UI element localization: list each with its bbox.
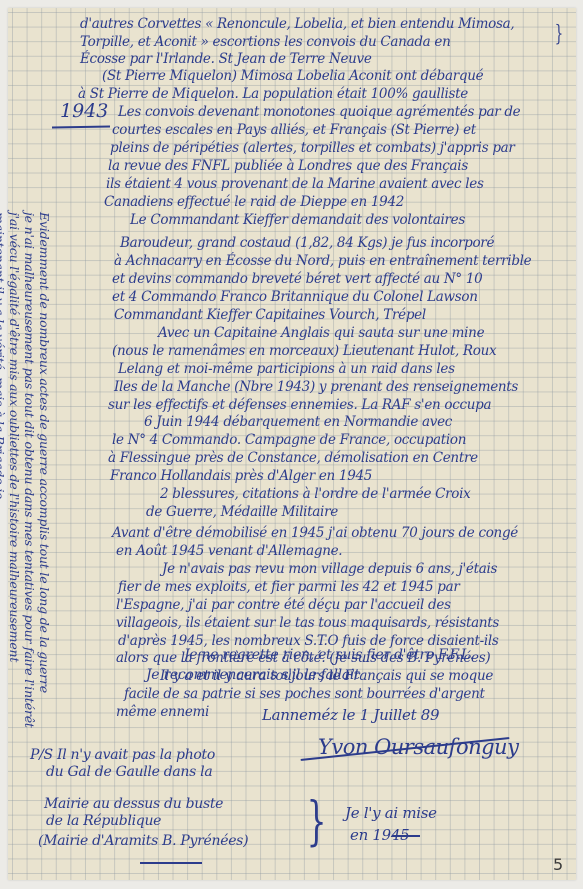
text-line: Lelang et moi-même participions à un rai… (118, 363, 455, 377)
text-line: (nous le ramenâmes en morceaux) Lieutena… (112, 345, 496, 359)
text-line: Le Commandant Kieffer demandait des volo… (130, 214, 465, 228)
text-line: courtes escales en Pays alliés, et Franç… (112, 124, 476, 138)
margin-note-line: maintenant il y a la vérité, mais à la B… (0, 212, 7, 732)
place-date: Lanneméz le 1 Juillet 89 (262, 708, 439, 723)
closing-line-2: Je recommencerais s'il le fallait (146, 668, 359, 682)
text-line: à Flessingue près de Constance, démolisa… (108, 452, 478, 466)
text-line: l'Espagne, j'ai par contre été déçu par … (116, 599, 451, 613)
text-line: d'autres Corvettes « Renoncule, Lobelia,… (80, 18, 514, 32)
text-line: Commandant Kieffer Capitaines Vourch, Tr… (114, 309, 426, 323)
text-line: et 4 Commando Franco Britannique du Colo… (112, 291, 478, 305)
text-line: villageois, ils étaient sur le tas tous … (116, 617, 499, 631)
text-line: Avec un Capitaine Anglais qui sauta sur … (158, 327, 484, 341)
text-line: de Guerre, Médaille Militaire (146, 506, 338, 520)
margin-note: Evidemment de nombreux actes de guerre a… (0, 212, 52, 732)
ps-line: de la République (46, 814, 161, 828)
closing-line-1: Je ne regrette rien, et suis fier d'être… (184, 648, 474, 662)
signature: Yvon Oursaufonguy (318, 735, 518, 759)
margin-note-line: Evidemment de nombreux actes de guerre a… (37, 212, 52, 732)
side-note-dash (392, 835, 420, 837)
ps-line: du Gal de Gaulle dans la (46, 765, 212, 779)
ps-line: Mairie au dessus du buste (44, 797, 223, 811)
text-line: fier de mes exploits, et fier parmi les … (118, 581, 460, 595)
text-line: la revue des FNFL publiée à Londres que … (108, 160, 468, 174)
text-line: Franco Hollandais près d'Alger en 1945 (110, 470, 372, 484)
text-line: Avant d'être démobilisé en 1945 j'ai obt… (112, 527, 518, 541)
text-line: Baroudeur, grand costaud (1,82, 84 Kgs) … (120, 237, 494, 251)
text-line: sur les effectifs et défenses ennemies. … (108, 399, 491, 413)
text-line: facile de sa patrie si ses poches sont b… (124, 688, 485, 702)
ps-line: P/S Il n'y avait pas la photo (30, 748, 215, 762)
ps-line: (Mairie d'Aramits B. Pyrénées) (38, 834, 248, 848)
text-line: Canadiens effectué le raid de Dieppe en … (104, 196, 404, 210)
text-line: Je n'avais pas revu mon village depuis 6… (162, 563, 497, 577)
margin-note-line: j'ai vécu l'égalité d'être mis aux oubli… (7, 212, 22, 732)
text-line: à Achnacarry en Écosse du Nord, puis en … (114, 255, 531, 269)
brace-mark: } (555, 22, 563, 47)
text-line: Iles de la Manche (Nbre 1943) y prenant … (114, 381, 518, 395)
aramits-underline (140, 862, 202, 864)
text-line: Les convois devenant monotones quoique a… (118, 106, 520, 120)
side-note-line: Je l'y ai mise (345, 806, 437, 821)
text-line: pleins de péripéties (alertes, torpilles… (110, 142, 515, 156)
text-line: ils étaient 4 vous provenant de la Marin… (106, 178, 484, 192)
margin-note-line: je n'ai malheureusement pas tout dit obt… (22, 212, 37, 732)
text-line: le N° 4 Commando. Campagne de France, oc… (112, 434, 466, 448)
text-line: 2 blessures, citations à l'ordre de l'ar… (160, 488, 470, 502)
page-number: 5 (553, 855, 563, 874)
text-line: même ennemi (116, 706, 209, 720)
text-line: en Août 1945 venant d'Allemagne. (116, 545, 342, 559)
text-line: 6 Juin 1944 débarquement en Normandie av… (144, 416, 452, 430)
brace-icon: } (307, 796, 327, 848)
text-line: et devins commando breveté béret vert af… (112, 273, 482, 287)
text-line: à St Pierre de Miquelon. La population é… (78, 88, 468, 102)
text-line: Torpille, et Aconit » escortions les con… (80, 36, 451, 50)
text-line: Écosse par l'Irlande. St Jean de Terre N… (80, 53, 372, 67)
text-line: (St Pierre Miquelon) Mimosa Lobelia Acon… (102, 70, 483, 84)
year-heading: 1943 (60, 100, 108, 122)
